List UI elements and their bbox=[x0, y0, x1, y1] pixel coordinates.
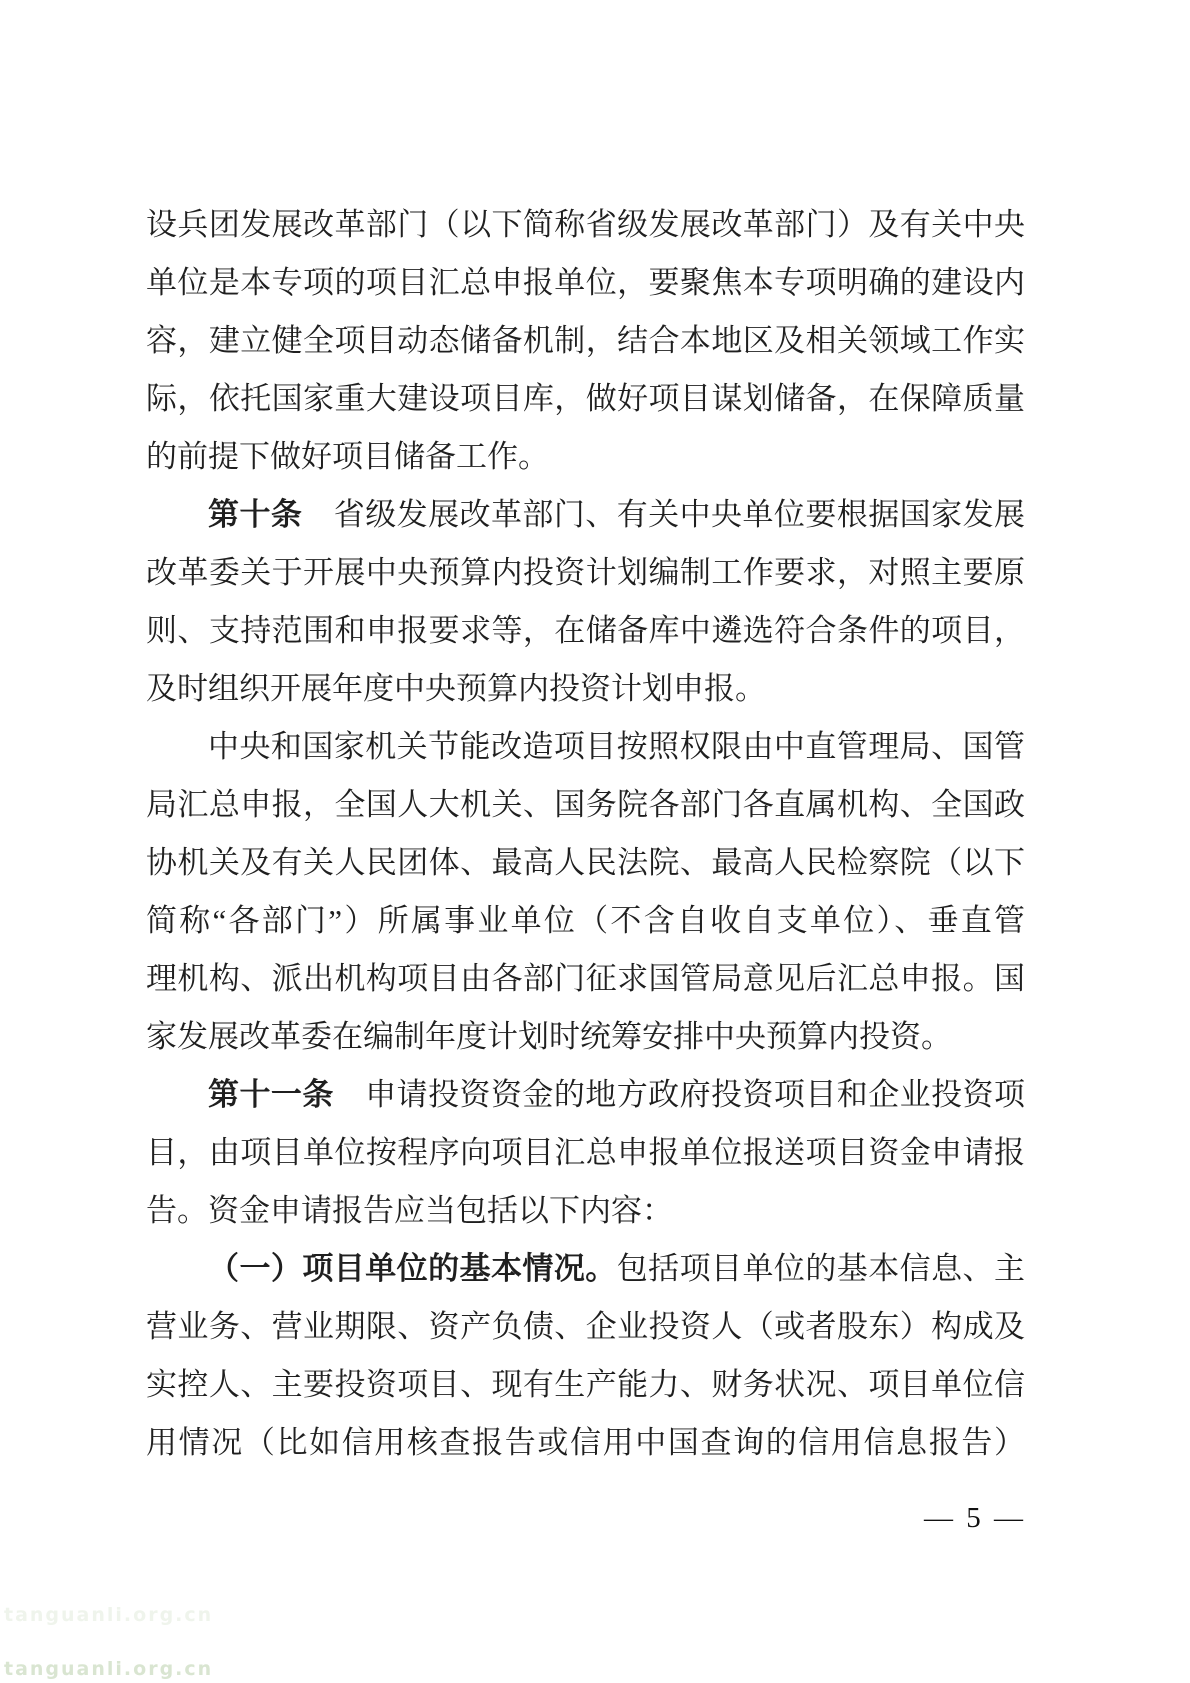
text-line: 改革委关于开展中央预算内投资计划编制工作要求，对照主要原 bbox=[146, 544, 1025, 602]
text-line: 用情况（比如信用核查报告或信用中国查询的信用信息报告） bbox=[146, 1414, 1025, 1472]
text-run: 目，由项目单位按程序向项目汇总申报单位报送项目资金申请报 bbox=[146, 1135, 1025, 1170]
text-line: （一）项目单位的基本情况。包括项目单位的基本信息、主 bbox=[146, 1240, 1025, 1298]
text-run: 实控人、主要投资项目、现有生产能力、财务状况、项目单位信 bbox=[146, 1367, 1025, 1402]
text-line: 理机构、派出机构项目由各部门征求国管局意见后汇总申报。国 bbox=[146, 950, 1025, 1008]
document-page: tanguanli.org.cn 设兵团发展改革部门（以下简称省级发展改革部门）… bbox=[0, 0, 1190, 1683]
text-run: 则、支持范围和申报要求等，在储备库中遴选符合条件的项目， bbox=[146, 613, 1025, 648]
text-run: 协机关及有关人民团体、最高人民法院、最高人民检察院（以下 bbox=[146, 845, 1025, 880]
bold-text-run: （一）项目单位的基本情况。 bbox=[208, 1251, 617, 1286]
text-line: 告。资金申请报告应当包括以下内容： bbox=[146, 1182, 1025, 1240]
text-run: 理机构、派出机构项目由各部门征求国管局意见后汇总申报。国 bbox=[146, 961, 1025, 996]
text-line: 简称“各部门”）所属事业单位（不含自收自支单位）、垂直管 bbox=[146, 892, 1025, 950]
text-run: 中央和国家机关节能改造项目按照权限由中直管理局、国管 bbox=[208, 729, 1025, 764]
text-line: 家发展改革委在编制年度计划时统筹安排中央预算内投资。 bbox=[146, 1008, 1025, 1066]
text-run: 告。资金申请报告应当包括以下内容： bbox=[146, 1193, 673, 1228]
text-line: 中央和国家机关节能改造项目按照权限由中直管理局、国管 bbox=[146, 718, 1025, 776]
text-run: 营业务、营业期限、资产负债、企业投资人（或者股东）构成及 bbox=[146, 1309, 1025, 1344]
text-run: 用情况（比如信用核查报告或信用中国查询的信用信息报告） bbox=[146, 1425, 1025, 1460]
text-run: 及时组织开展年度中央预算内投资计划申报。 bbox=[146, 671, 766, 706]
text-line: 第十一条 申请投资资金的地方政府投资项目和企业投资项 bbox=[146, 1066, 1025, 1124]
text-line: 目，由项目单位按程序向项目汇总申报单位报送项目资金申请报 bbox=[146, 1124, 1025, 1182]
text-line: 协机关及有关人民团体、最高人民法院、最高人民检察院（以下 bbox=[146, 834, 1025, 892]
text-line: 及时组织开展年度中央预算内投资计划申报。 bbox=[146, 660, 1025, 718]
bold-text-run: 第十条 bbox=[208, 497, 302, 532]
watermark: tanguanli.org.cn bbox=[4, 1658, 213, 1680]
text-line: 的前提下做好项目储备工作。 bbox=[146, 428, 1025, 486]
text-run: 申请投资资金的地方政府投资项目和企业投资项 bbox=[334, 1077, 1025, 1112]
text-line: 容，建立健全项目动态储备机制，结合本地区及相关领域工作实 bbox=[146, 312, 1025, 370]
text-run: 单位是本专项的项目汇总申报单位，要聚焦本专项明确的建设内 bbox=[146, 265, 1025, 300]
text-run: 的前提下做好项目储备工作。 bbox=[146, 439, 549, 474]
page-number: — 5 — bbox=[890, 1498, 1060, 1538]
text-run: 家发展改革委在编制年度计划时统筹安排中央预算内投资。 bbox=[146, 1019, 952, 1054]
bold-text-run: 第十一条 bbox=[208, 1077, 334, 1112]
text-line: 局汇总申报，全国人大机关、国务院各部门各直属机构、全国政 bbox=[146, 776, 1025, 834]
text-line: 实控人、主要投资项目、现有生产能力、财务状况、项目单位信 bbox=[146, 1356, 1025, 1414]
text-line: 第十条 省级发展改革部门、有关中央单位要根据国家发展 bbox=[146, 486, 1025, 544]
text-run: 容，建立健全项目动态储备机制，结合本地区及相关领域工作实 bbox=[146, 323, 1025, 358]
text-run: 际，依托国家重大建设项目库，做好项目谋划储备，在保障质量 bbox=[146, 381, 1025, 416]
text-line: 单位是本专项的项目汇总申报单位，要聚焦本专项明确的建设内 bbox=[146, 254, 1025, 312]
text-run: 省级发展改革部门、有关中央单位要根据国家发展 bbox=[302, 497, 1025, 532]
text-run: 设兵团发展改革部门（以下简称省级发展改革部门）及有关中央 bbox=[146, 207, 1025, 242]
text-line: 际，依托国家重大建设项目库，做好项目谋划储备，在保障质量 bbox=[146, 370, 1025, 428]
text-run: 包括项目单位的基本信息、主 bbox=[617, 1251, 1025, 1286]
text-run: 改革委关于开展中央预算内投资计划编制工作要求，对照主要原 bbox=[146, 555, 1025, 590]
text-block: 设兵团发展改革部门（以下简称省级发展改革部门）及有关中央单位是本专项的项目汇总申… bbox=[146, 196, 1025, 1472]
text-line: 营业务、营业期限、资产负债、企业投资人（或者股东）构成及 bbox=[146, 1298, 1025, 1356]
text-run: 局汇总申报，全国人大机关、国务院各部门各直属机构、全国政 bbox=[146, 787, 1025, 822]
watermark-faint: tanguanli.org.cn bbox=[4, 1604, 213, 1626]
text-line: 则、支持范围和申报要求等，在储备库中遴选符合条件的项目， bbox=[146, 602, 1025, 660]
text-run: 简称“各部门”）所属事业单位（不含自收自支单位）、垂直管 bbox=[146, 903, 1025, 938]
text-line: 设兵团发展改革部门（以下简称省级发展改革部门）及有关中央 bbox=[146, 196, 1025, 254]
